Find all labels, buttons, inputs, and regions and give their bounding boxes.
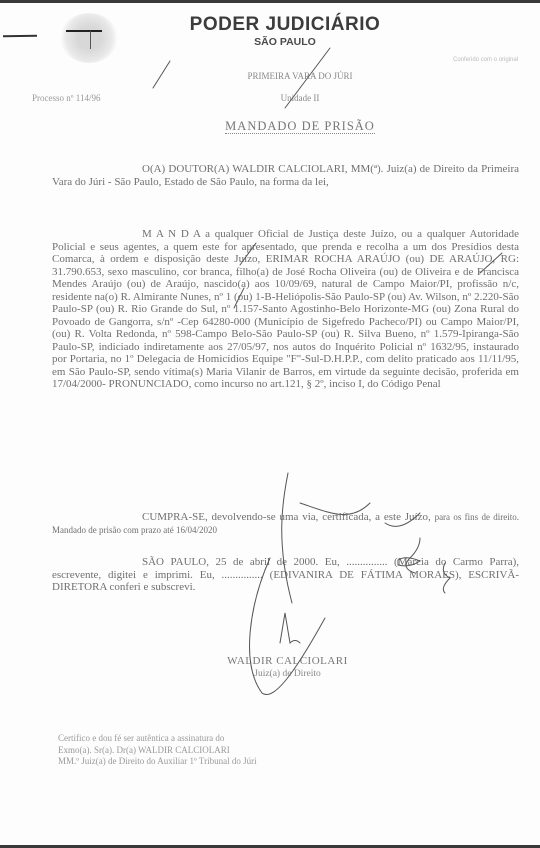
document-page: PODER JUDICIÁRIO SÃO PAULO Conferido com… <box>0 3 540 845</box>
certification-block: Certifico e dou fé ser autêntica a assin… <box>58 733 257 768</box>
paragraph-date-clerks: SÃO PAULO, 25 de abril de 2000. Eu, ....… <box>52 556 519 594</box>
unit-name: Unidade II <box>0 93 540 103</box>
paragraph-judge: O(A) DOUTOR(A) WALDIR CALCIOLARI, MM(ª).… <box>52 163 519 188</box>
certification-line-2: Exmo(a). Sr(a). Dr(a) WALDIR CALCIOLARI <box>58 745 257 757</box>
document-title-text: MANDADO DE PRISÃO <box>225 119 375 134</box>
paragraph-order: M A N D A a qualquer Oficial de Justiça … <box>52 228 519 391</box>
paragraph-cumpra-se: CUMPRA-SE, devolvendo-se uma via, certif… <box>52 511 519 536</box>
institution-subtitle: SÃO PAULO <box>0 36 540 48</box>
conference-stamp: Conferido com o original <box>453 57 518 63</box>
document-title: MANDADO DE PRISÃO <box>0 119 540 134</box>
judge-signature-initials <box>280 613 300 643</box>
certification-line-3: MM.º Juiz(a) de Direito do Auxiliar 1º T… <box>58 756 257 768</box>
court-name: PRIMEIRA VARA DO JÚRI <box>0 71 540 81</box>
cumpra-se-text: CUMPRA-SE, devolvendo-se uma via, certif… <box>142 511 431 523</box>
institution-title: PODER JUDICIÁRIO <box>0 14 540 36</box>
certification-line-1: Certifico e dou fé ser autêntica a assin… <box>58 733 257 745</box>
signatory-name: WALDIR CALCIOLARI <box>0 655 540 667</box>
signatory-role: Juiz(a) de Direito <box>0 669 540 679</box>
